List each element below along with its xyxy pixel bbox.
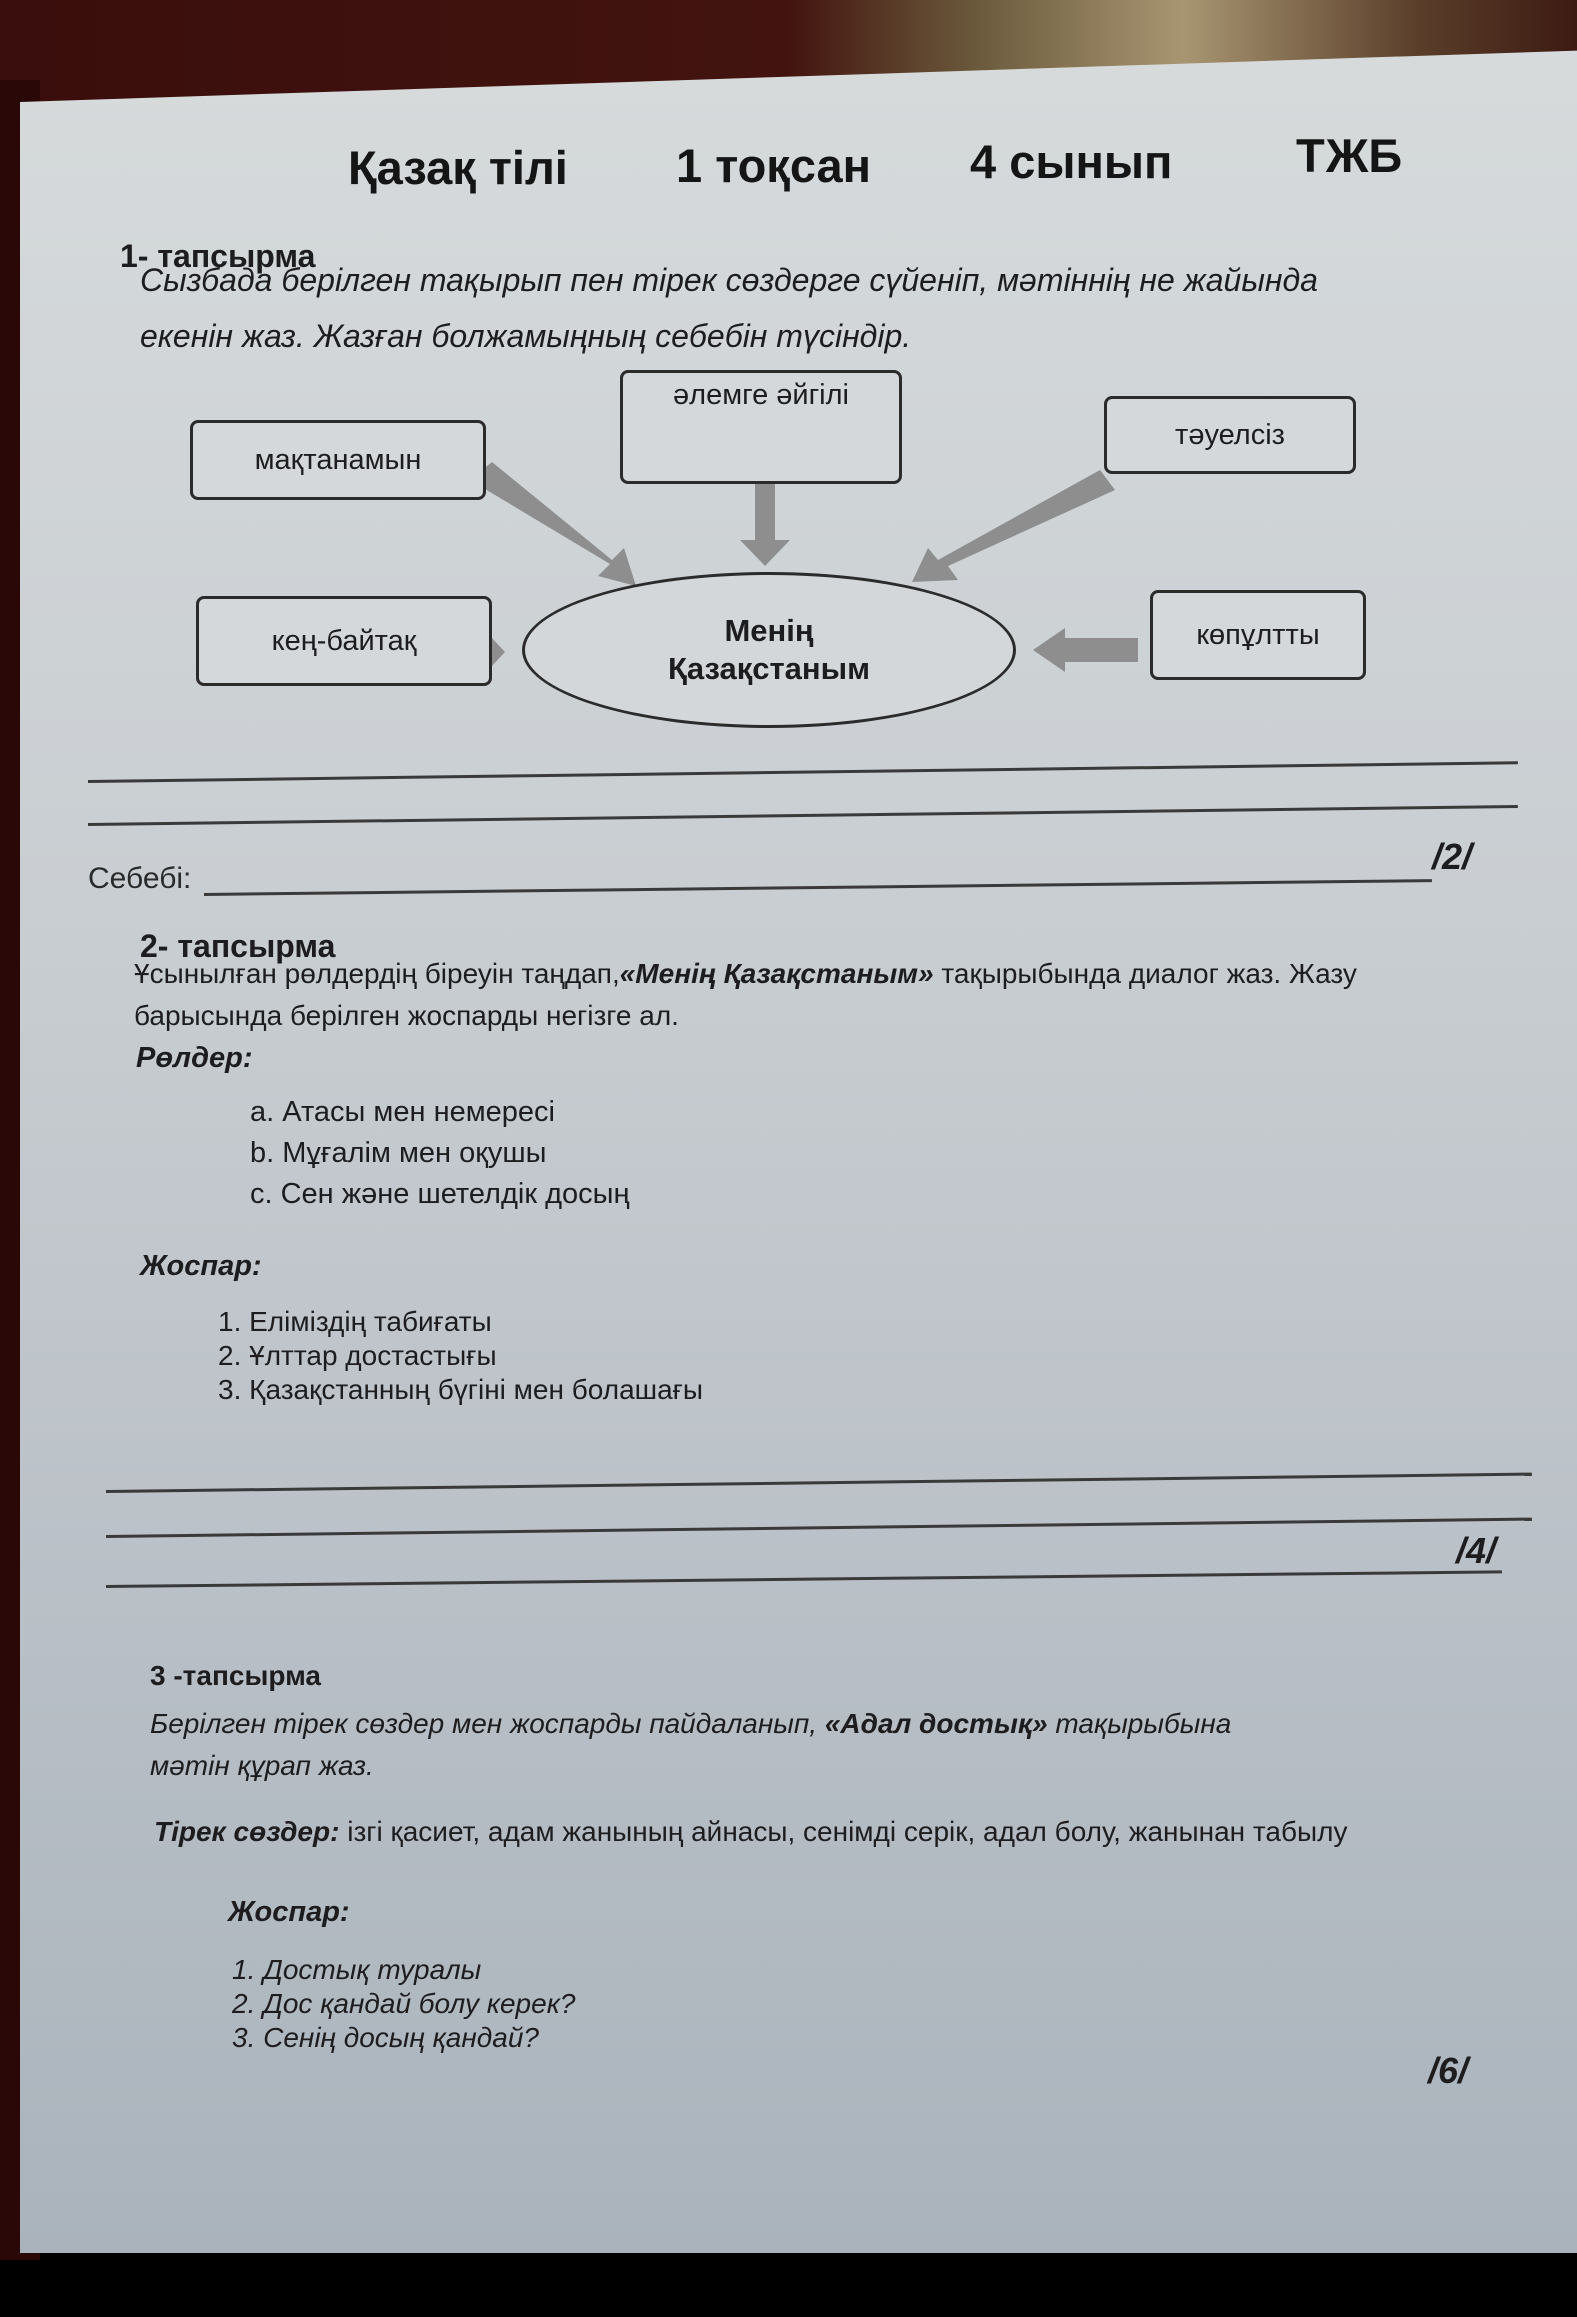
task3-keywords: Тірек сөздер: ізгі қасиет, адам жанының … (154, 1816, 1348, 1848)
center-topic-line1: Менің (724, 612, 813, 650)
plan-item: 1. Достық туралы (232, 1954, 481, 1986)
plan-item: 3. Қазақстанның бүгіні мен болашағы (218, 1374, 703, 1406)
task3-instruction-post: тақырыбына (1048, 1708, 1232, 1739)
center-topic-line2: Қазақстаным (668, 650, 870, 688)
task2-instruction-line1: Ұсынылған рөлдердің біреуін таңдап,«Мені… (134, 958, 1357, 990)
task3-plan-label: Жоспар: (228, 1896, 350, 1929)
arrow-top (740, 484, 790, 566)
task3-topic: «Адал достық» (825, 1708, 1048, 1739)
keyword-top: әлемге әйгілі (673, 379, 849, 412)
task3-instruction-pre: Берілген тірек сөздер мен жоспарды пайда… (150, 1708, 825, 1739)
task2-instruction-post: тақырыбында диалог жаз. Жазу (934, 958, 1357, 989)
plan-item: 2. Дос қандай болу керек? (232, 1988, 576, 2020)
keyword-box-left: кең-байтақ (196, 596, 492, 686)
task3-keywords-text: ізгі қасиет, адам жанының айнасы, сенімд… (339, 1816, 1347, 1847)
keyword-top-left: мақтанамын (255, 444, 422, 477)
task3-score: /6/ (1428, 2050, 1468, 2092)
keyword-box-top-right: тәуелсіз (1104, 396, 1356, 474)
plan-item: 3. Сенің досың қандай? (232, 2022, 539, 2054)
task2-instruction-pre: Ұсынылған рөлдердің біреуін таңдап, (134, 958, 620, 989)
task2-topic: «Менің Қазақстаным» (620, 958, 934, 989)
plan-item: 2. Ұлттар достастығы (218, 1340, 497, 1372)
task2-plan-label: Жоспар: (140, 1250, 262, 1283)
keyword-box-top: әлемге әйгілі (620, 370, 902, 484)
arrow-top-right (912, 470, 1115, 582)
role-item: c. Сен және шетелдік досың (250, 1178, 629, 1211)
task3-instruction-line2: мәтін құрап жаз. (150, 1750, 374, 1782)
task2-roles-label: Рөлдер: (136, 1042, 253, 1075)
diagram-center-topic: Менің Қазақстаным (522, 572, 1016, 728)
reason-label: Себебі: (88, 862, 191, 896)
keyword-box-right: көпұлтты (1150, 590, 1366, 680)
keyword-right: көпұлтты (1196, 619, 1319, 652)
arrow-top-left (470, 462, 636, 586)
task2-score: /4/ (1456, 1530, 1496, 1572)
keyword-left: кең-байтақ (272, 625, 417, 658)
task3-heading: 3 -тапсырма (150, 1660, 321, 1692)
role-item: b. Мұғалім мен оқушы (250, 1137, 547, 1170)
task1-score: /2/ (1432, 836, 1472, 878)
arrow-right (1033, 628, 1138, 672)
arrow-left (490, 636, 505, 668)
task3-keywords-label: Тірек сөздер: (154, 1816, 339, 1847)
keyword-box-top-left: мақтанамын (190, 420, 486, 500)
plan-item: 1. Еліміздің табиғаты (218, 1306, 492, 1338)
task3-instruction-line1: Берілген тірек сөздер мен жоспарды пайда… (150, 1708, 1231, 1740)
keyword-top-right: тәуелсіз (1175, 419, 1285, 452)
task2-instruction-line2: барысында берілген жоспарды негізге ал. (134, 1000, 679, 1032)
role-item: a. Атасы мен немересі (250, 1096, 555, 1129)
